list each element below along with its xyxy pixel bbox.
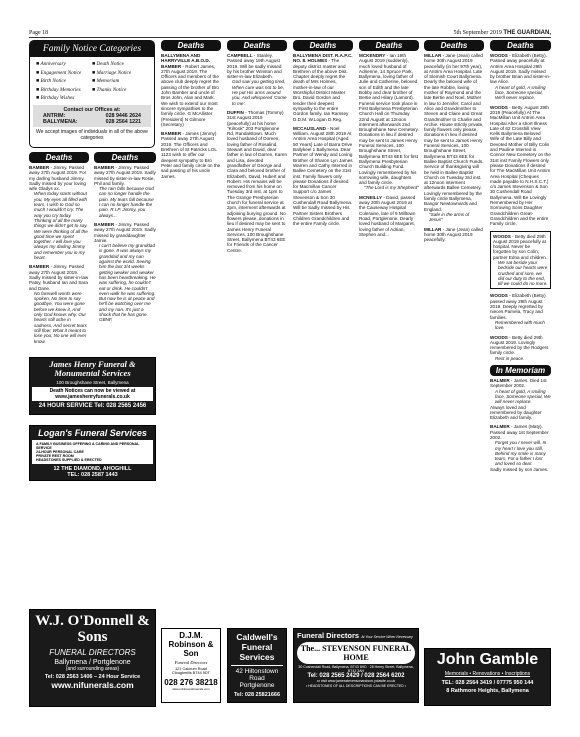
column-5: Deaths BALLYMENA DIST. R.A.P.C. NO. 8. H… xyxy=(293,40,353,560)
death-notice: MILLAR - Jane (Jean) called home 30th Au… xyxy=(424,53,484,223)
categories-list: Anniversary Death Notice Engagement Noti… xyxy=(30,57,154,105)
section-heading: Deaths xyxy=(94,152,156,163)
death-notice: BAMBER - Jimmy. Passed away 27th August … xyxy=(94,222,156,323)
images-note: We accept images of individuals in all o… xyxy=(30,127,154,143)
death-notice: MCKENDRY - Ian 19th August 2019 (suddenl… xyxy=(359,53,419,191)
page-number: Page 18 xyxy=(29,30,48,36)
section-heading: Deaths xyxy=(227,40,287,51)
category-item: Birth Notice xyxy=(36,78,92,84)
masthead: 5th September 2019 THE GUARDIAN, xyxy=(454,30,552,36)
death-notice-boxed: WOODS - Betty died 29th August 2019 peac… xyxy=(490,231,551,290)
death-notice: WOODS - Elizabeth (Betty). Passed away p… xyxy=(490,53,551,101)
death-notice: BAMBER - James (Jimmy) Passed away 27th … xyxy=(161,131,221,179)
death-notice: BAMBER - Jimmy. Passed away 27th August … xyxy=(29,165,89,260)
memoriam-notice: BALMER - James (Maty). Passed away 1st S… xyxy=(490,424,551,472)
contact-box: Contact our Offices at: ANTRIM:028 9446 … xyxy=(33,105,151,127)
column-8: Deaths WOODS - Elizabeth (Betty). Passed… xyxy=(490,40,551,635)
ballymena-phone: 028 2564 1221 xyxy=(106,119,141,125)
column-6: Deaths MCKENDRY - Ian 19th August 2019 (… xyxy=(359,40,419,560)
death-notice: DUFFIN - Thomas (Tommy) 31st August 2019… xyxy=(227,110,287,253)
section-heading: Deaths xyxy=(293,40,353,51)
ad-logans: Logan's Funeral Services A FAMILY BUSINE… xyxy=(29,425,156,481)
category-item: Memoriam xyxy=(92,78,148,84)
death-notice: BAMBER - Jimmy. Passed away 27th August … xyxy=(29,264,89,343)
death-notice: MCNEILLY - David, passed away 20th Augus… xyxy=(359,195,419,237)
category-item: Birthday Memories xyxy=(36,87,92,93)
death-notice: WOODS - Betty. August 29th 2019 (Peacefu… xyxy=(490,105,551,227)
column-3: Deaths BALLYMENA AND HARRYVILLE A.B.O.D.… xyxy=(161,40,221,460)
phone: TEL: 028 2587 1443 xyxy=(30,472,155,478)
header-rule xyxy=(29,37,551,38)
death-notice: CAMPBELL - Stanley. Passed away 19th Aug… xyxy=(227,53,287,106)
ad-john-gamble: John Gamble Memorials • Renovations • In… xyxy=(424,648,551,706)
death-notice: WOODS - Elizabeth (Betty) passed away 29… xyxy=(490,293,551,330)
section-heading: Deaths xyxy=(490,40,551,51)
ad-odonnell: W.J. O'Donnell & Sons FUNERAL DIRECTORS … xyxy=(29,609,156,707)
death-notice: MILLAR - Jane (Jean) called home 30th Au… xyxy=(424,227,484,243)
phone: 028 276 38218 xyxy=(162,678,220,687)
category-item: Death Notice xyxy=(92,61,148,67)
phone: TEL: 028 2564 3419 / 07775 950 144 xyxy=(425,680,550,686)
category-item: Engagement Notice xyxy=(36,70,92,76)
column-4: Deaths CAMPBELL - Stanley. Passed away 1… xyxy=(227,40,287,560)
column-2: Deaths BAMBER - Jimmy. Passed away 27th … xyxy=(94,152,156,352)
website-link[interactable]: www.nifunerals.com xyxy=(30,680,155,690)
memoriam-heading: In Memoriam xyxy=(490,365,551,376)
ad-robinson: D.J.M. Robinson & Son Funeral Directors … xyxy=(161,628,221,703)
column-1: Deaths BAMBER - Jimmy. Passed away 27th … xyxy=(29,152,89,352)
ad-stevenson: Funeral Directors At Your Service When N… xyxy=(293,628,419,703)
memoriam-notice: BALMER - James. Died 1st September 2002.… xyxy=(490,378,551,420)
phone: Tel: 028 25821666 xyxy=(228,692,286,698)
death-notice: BAMBER - Jimmy. Passed away 27th August … xyxy=(94,165,156,218)
category-item: Birthday Wishes xyxy=(36,95,92,101)
section-heading: Deaths xyxy=(29,152,89,163)
categories-title: Family Notice Categories xyxy=(30,41,154,57)
ad-caldwell: Caldwell's Funeral Services 42 Hiltonsto… xyxy=(227,628,287,703)
category-item: Anniversary xyxy=(36,61,92,67)
category-item: Marriage Notice xyxy=(92,70,148,76)
death-notice: WOODS - Betty died 29th August 2019. Lov… xyxy=(490,335,551,361)
column-7: Deaths MILLAR - Jane (Jean) called home … xyxy=(424,40,484,600)
death-notice: BALLYMENA DIST. R.A.P.C. NO. 8. HOLMES -… xyxy=(293,53,353,122)
phone: 24 HOUR SERVICE Tel: 028 2565 2456 xyxy=(30,403,155,409)
section-heading: Deaths xyxy=(424,40,484,51)
death-notice: MCCAUSLAND - Noel William. August 28th 2… xyxy=(293,126,353,227)
section-heading: Deaths xyxy=(359,40,419,51)
category-item: Thanks Notice xyxy=(92,87,148,93)
death-notice: BALLYMENA AND HARRYVILLE A.B.O.D. BAMBER… xyxy=(161,53,221,127)
section-heading: Deaths xyxy=(161,40,221,51)
ad-james-henry: James Henry Funeral & Monumental Service… xyxy=(29,357,156,415)
family-notice-categories: Family Notice Categories Anniversary Dea… xyxy=(29,40,155,148)
website-link[interactable]: or visit www.jamesstevensonandson.yolasi… xyxy=(294,679,418,683)
